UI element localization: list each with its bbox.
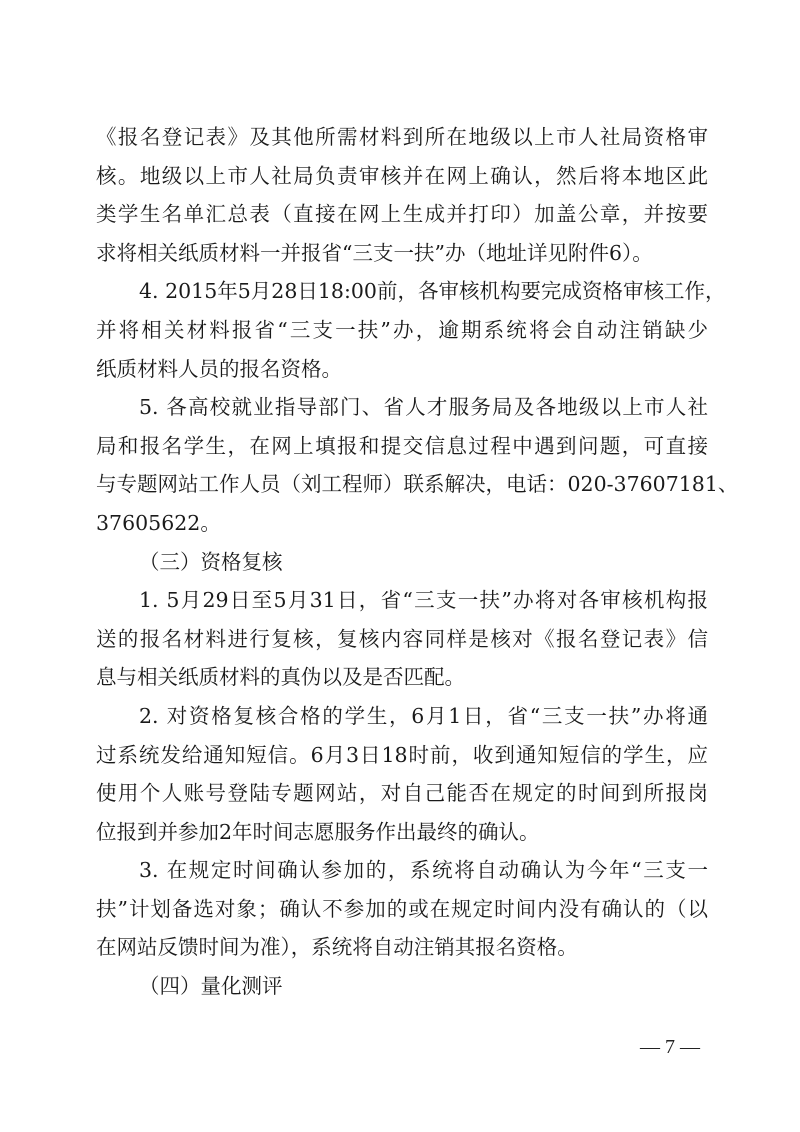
text-line: 核。地级以上市人社局负责审核并在网上确认，然后将本地区此 — [96, 157, 708, 196]
text-line: 纸质材料人员的报名资格。 — [96, 350, 708, 389]
text-line: 局和报名学生，在网上填报和提交信息过程中遇到问题，可直接 — [96, 427, 708, 466]
text-line: 位报到并参加2年时间志愿服务作出最终的确认。 — [96, 813, 708, 852]
text-line: 使用个人账号登陆专题网站，对自己能否在规定的时间到所报岗 — [96, 774, 708, 813]
text-line: 2. 对资格复核合格的学生，6月1日，省“三支一扶”办将通 — [96, 697, 708, 736]
text-line: 5. 各高校就业指导部门、省人才服务局及各地级以上市人社 — [96, 388, 708, 427]
text-line: 《报名登记表》及其他所需材料到所在地级以上市人社局资格审 — [96, 118, 708, 157]
text-line: 求将相关纸质材料一并报省“三支一扶”办（地址详见附件6）。 — [96, 234, 708, 273]
text-line: 37605622。 — [96, 504, 708, 543]
section-heading: （三）资格复核 — [96, 543, 708, 582]
document-body: 《报名登记表》及其他所需材料到所在地级以上市人社局资格审 核。地级以上市人社局负… — [96, 118, 708, 1006]
paragraph-item-3: 3. 在规定时间确认参加的，系统将自动确认为今年“三支一 扶”计划备选对象；确认… — [96, 851, 708, 967]
paragraph-item-2: 2. 对资格复核合格的学生，6月1日，省“三支一扶”办将通 过系统发给通知短信。… — [96, 697, 708, 851]
text-line: 在网站反馈时间为准），系统将自动注销其报名资格。 — [96, 928, 708, 967]
paragraph-item-1: 1. 5月29日至5月31日，省“三支一扶”办将对各审核机构报 送的报名材料进行… — [96, 581, 708, 697]
paragraph-item-4: 4. 2015年5月28日18:00前，各审核机构要完成资格审核工作， 并将相关… — [96, 272, 708, 388]
text-line: 过系统发给通知短信。6月3日18时前，收到通知短信的学生，应 — [96, 736, 708, 775]
section-heading: （四）量化测评 — [96, 967, 708, 1006]
paragraph-continued: 《报名登记表》及其他所需材料到所在地级以上市人社局资格审 核。地级以上市人社局负… — [96, 118, 708, 272]
text-line: 类学生名单汇总表（直接在网上生成并打印）加盖公章，并按要 — [96, 195, 708, 234]
text-line: 并将相关材料报省“三支一扶”办，逾期系统将会自动注销缺少 — [96, 311, 708, 350]
page-number: — 7 — — [640, 1036, 700, 1059]
text-line: 4. 2015年5月28日18:00前，各审核机构要完成资格审核工作， — [96, 272, 708, 311]
text-line: 扶”计划备选对象；确认不参加的或在规定时间内没有确认的（以 — [96, 890, 708, 929]
text-line: 与专题网站工作人员（刘工程师）联系解决，电话：020-37607181、 — [96, 465, 708, 504]
text-line: 1. 5月29日至5月31日，省“三支一扶”办将对各审核机构报 — [96, 581, 708, 620]
text-line: 息与相关纸质材料的真伪以及是否匹配。 — [96, 658, 708, 697]
paragraph-item-5: 5. 各高校就业指导部门、省人才服务局及各地级以上市人社 局和报名学生，在网上填… — [96, 388, 708, 542]
text-line: 3. 在规定时间确认参加的，系统将自动确认为今年“三支一 — [96, 851, 708, 890]
text-line: 送的报名材料进行复核，复核内容同样是核对《报名登记表》信 — [96, 620, 708, 659]
